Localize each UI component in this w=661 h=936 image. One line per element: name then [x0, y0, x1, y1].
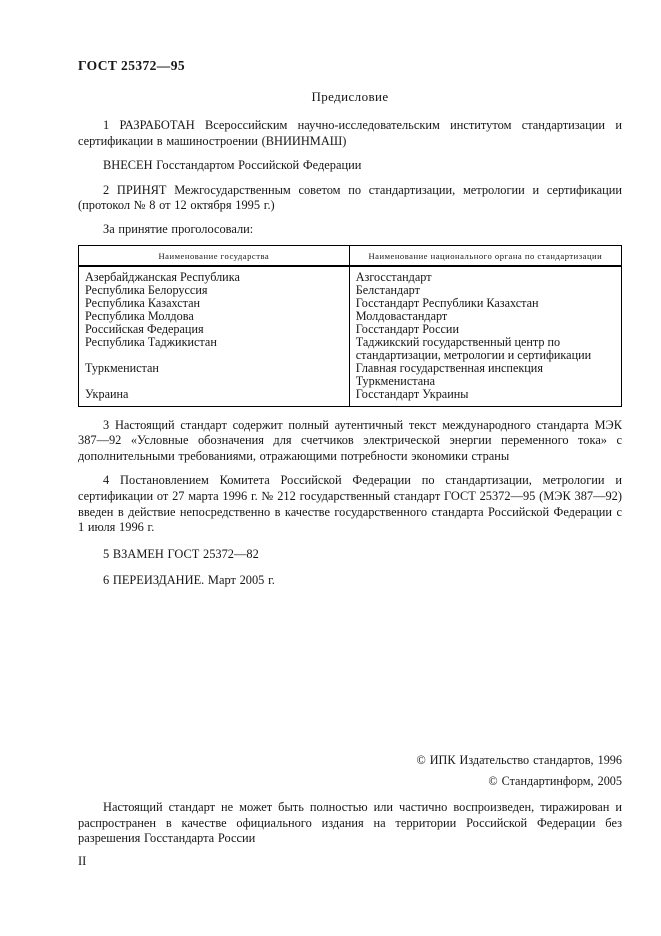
clause-submitted: ВНЕСЕН Госстандартом Российской Федераци…	[78, 158, 622, 174]
vote-table-cell: Туркменистан	[79, 362, 350, 388]
vote-table-cell: Республика Таджикистан	[79, 336, 350, 362]
page-title: Предисловие	[78, 89, 622, 105]
vote-table: Наименование государства Наименование на…	[78, 245, 622, 407]
vote-table-row: Республика БелоруссияБелстандарт	[79, 284, 622, 297]
vote-table-cell: Республика Белоруссия	[79, 284, 350, 297]
doc-code: ГОСТ 25372—95	[78, 58, 622, 74]
vote-table-row: Республика ТаджикистанТаджикский государ…	[79, 336, 622, 362]
copyright-standartinform-2005: © Стандартинформ, 2005	[78, 771, 622, 792]
vote-table-cell: Госстандарт Украины	[349, 388, 621, 407]
vote-table-cell: Республика Казахстан	[79, 297, 350, 310]
clause-3-authentic-text: 3 Настоящий стандарт содержит полный аут…	[78, 418, 622, 465]
vote-table-cell: Главная государственная инспекция Туркме…	[349, 362, 621, 388]
vote-table-header-state: Наименование государства	[79, 245, 350, 266]
clause-6-reissue: 6 ПЕРЕИЗДАНИЕ. Март 2005 г.	[78, 573, 622, 589]
vote-table-cell: Госстандарт России	[349, 323, 621, 336]
vote-table-row: Республика МолдоваМолдовастандарт	[79, 310, 622, 323]
vote-table-cell: Азербайджанская Республика	[79, 266, 350, 284]
vote-table-body: Азербайджанская РеспубликаАзгосстандартР…	[79, 266, 622, 407]
vote-table-row: Азербайджанская РеспубликаАзгосстандарт	[79, 266, 622, 284]
clause-5-replaces: 5 ВЗАМЕН ГОСТ 25372—82	[78, 547, 622, 563]
vote-table-row: ТуркменистанГлавная государственная инсп…	[79, 362, 622, 388]
clause-4-resolution: 4 Постановлением Комитета Российской Фед…	[78, 473, 622, 535]
vote-table-header-row: Наименование государства Наименование на…	[79, 245, 622, 266]
vote-lead-in: За принятие проголосовали:	[78, 222, 622, 238]
vote-table-cell: Украина	[79, 388, 350, 407]
clause-1-developed: 1 РАЗРАБОТАН Всероссийским научно-исслед…	[78, 118, 622, 149]
vote-table-cell: Республика Молдова	[79, 310, 350, 323]
page-footer: © ИПК Издательство стандартов, 1996 © Ст…	[78, 750, 622, 869]
copyright-ipk-1996: © ИПК Издательство стандартов, 1996	[78, 750, 622, 771]
vote-table-header-body: Наименование национального органа по ста…	[349, 245, 621, 266]
vote-table-cell: Молдовастандарт	[349, 310, 621, 323]
document-page: ГОСТ 25372—95 Предисловие 1 РАЗРАБОТАН В…	[0, 0, 661, 936]
reproduction-notice: Настоящий стандарт не может быть полност…	[78, 800, 622, 847]
vote-table-row: Республика КазахстанГосстандарт Республи…	[79, 297, 622, 310]
vote-table-cell: Госстандарт Республики Казахстан	[349, 297, 621, 310]
clause-2-adopted: 2 ПРИНЯТ Межгосударственным советом по с…	[78, 183, 622, 214]
vote-table-cell: Таджикский государственный центр по стан…	[349, 336, 621, 362]
page-content: ГОСТ 25372—95 Предисловие 1 РАЗРАБОТАН В…	[78, 58, 622, 589]
vote-table-row: УкраинаГосстандарт Украины	[79, 388, 622, 407]
vote-table-row: Российская ФедерацияГосстандарт России	[79, 323, 622, 336]
vote-table-cell: Белстандарт	[349, 284, 621, 297]
page-number: II	[78, 854, 622, 869]
vote-table-head: Наименование государства Наименование на…	[79, 245, 622, 266]
vote-table-cell: Российская Федерация	[79, 323, 350, 336]
vote-table-cell: Азгосстандарт	[349, 266, 621, 284]
